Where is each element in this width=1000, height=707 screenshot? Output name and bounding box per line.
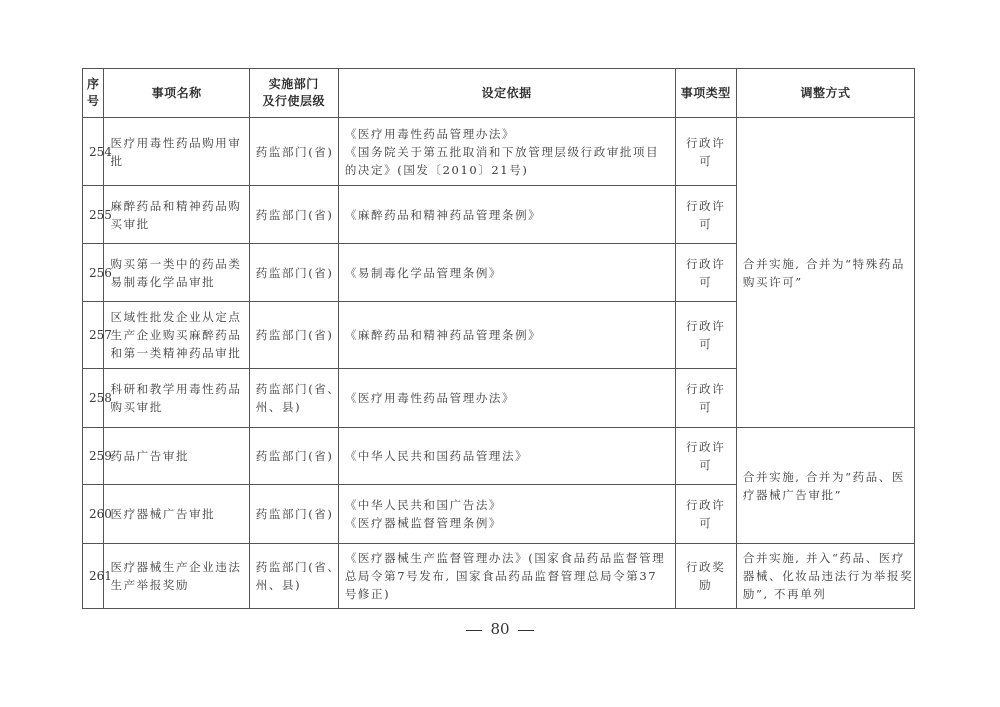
- table-row: 261 医疗器械生产企业违法 生产举报奖励 药监部门(省、 州、县) 《医疗器械…: [83, 544, 915, 609]
- basis-line: 《中华人民共和国广告法》: [345, 496, 669, 514]
- basis-line: 《医疗器械生产监督管理办法》(国家食品药品监督管理: [345, 549, 669, 567]
- item-name-line: 和第一类精神药品审批: [110, 344, 242, 362]
- department-line: 州、县): [256, 576, 332, 594]
- legal-basis: 《医疗器械生产监督管理办法》(国家食品药品监督管理 总局令第7号发布, 国家食品…: [338, 544, 675, 609]
- legal-basis: 《麻醉药品和精神药品管理条例》: [338, 302, 675, 369]
- legal-basis: 《中华人民共和国广告法》 《医疗器械监督管理条例》: [338, 485, 675, 544]
- document-page: 序 号 事项名称 实施部门 及行使层级 设定依据 事项类型 调整方式 254 医…: [0, 0, 1000, 707]
- adjustment-method: 合并实施, 并入“药品、医疗 器械、化妆品违法行为举报奖 励”, 不再单列: [736, 544, 914, 609]
- legal-basis: 《麻醉药品和精神药品管理条例》: [338, 186, 675, 244]
- department: 药监部门(省): [249, 485, 338, 544]
- adjustment-line: 器械、化妆品违法行为举报奖: [743, 567, 908, 585]
- department-line: 药监部门(省): [256, 326, 332, 344]
- item-name-line: 购买第一类中的药品类: [110, 255, 242, 273]
- item-name-line: 区域性批发企业从定点: [110, 308, 242, 326]
- table-row: 254 医疗用毒性药品购用审 批 药监部门(省) 《医疗用毒性药品管理办法》 《…: [83, 118, 915, 186]
- legal-basis: 《医疗用毒性药品管理办法》 《国务院关于第五批取消和下放管理层级行政审批项目 的…: [338, 118, 675, 186]
- row-number: 259: [83, 428, 104, 485]
- department: 药监部门(省): [249, 244, 338, 302]
- item-type: 行政许可: [675, 186, 736, 244]
- adjustment-line: 购买许可”: [743, 273, 908, 291]
- item-name-line: 批: [110, 152, 242, 170]
- basis-line: 《国务院关于第五批取消和下放管理层级行政审批项目: [345, 143, 669, 161]
- item-type: 行政许可: [675, 485, 736, 544]
- department-line: 药监部门(省): [256, 264, 332, 282]
- header-basis: 设定依据: [338, 69, 675, 118]
- adjustment-method: 合并实施, 合并为“特殊药品 购买许可”: [736, 118, 914, 428]
- basis-line: 《医疗器械监督管理条例》: [345, 514, 669, 532]
- item-type: 行政许可: [675, 118, 736, 186]
- item-type: 行政奖励: [675, 544, 736, 609]
- department-line: 药监部门(省、: [256, 558, 332, 576]
- basis-line: 号修正): [345, 585, 669, 603]
- row-number: 255: [83, 186, 104, 244]
- basis-line: 《中华人民共和国药品管理法》: [345, 447, 669, 465]
- row-number: 258: [83, 369, 104, 428]
- item-name-line: 麻醉药品和精神药品购: [110, 197, 242, 215]
- department: 药监部门(省、 州、县): [249, 544, 338, 609]
- legal-basis: 《医疗用毒性药品管理办法》: [338, 369, 675, 428]
- item-type: 行政许可: [675, 244, 736, 302]
- basis-line: 的决定》(国发〔2010〕21号): [345, 161, 669, 179]
- department: 药监部门(省): [249, 118, 338, 186]
- row-number: 256: [83, 244, 104, 302]
- item-name-line: 医疗器械生产企业违法: [110, 558, 242, 576]
- item-name-line: 医疗器械广告审批: [110, 505, 242, 523]
- department: 药监部门(省、 州、县): [249, 369, 338, 428]
- item-name-line: 医疗用毒性药品购用审: [110, 134, 242, 152]
- page-number: 80: [0, 620, 1000, 638]
- adjustment-line: 疗器械广告审批”: [743, 486, 908, 504]
- header-no-line-1: 序: [83, 76, 103, 93]
- department-line: 药监部门(省): [256, 505, 332, 523]
- adjustment-line: 合并实施, 合并为“药品、医: [743, 468, 908, 486]
- item-name-line: 生产举报奖励: [110, 576, 242, 594]
- item-name: 医疗器械广告审批: [104, 485, 249, 544]
- item-name: 购买第一类中的药品类 易制毒化学品审批: [104, 244, 249, 302]
- dash-right: [518, 630, 534, 631]
- item-name-line: 易制毒化学品审批: [110, 273, 242, 291]
- header-type: 事项类型: [675, 69, 736, 118]
- basis-line: 《麻醉药品和精神药品管理条例》: [345, 206, 669, 224]
- table-row: 259 药品广告审批 药监部门(省) 《中华人民共和国药品管理法》 行政许可 合…: [83, 428, 915, 485]
- header-department: 实施部门 及行使层级: [249, 69, 338, 118]
- item-name: 科研和教学用毒性药品 购买审批: [104, 369, 249, 428]
- department: 药监部门(省): [249, 186, 338, 244]
- item-name: 医疗器械生产企业违法 生产举报奖励: [104, 544, 249, 609]
- header-no-line-2: 号: [83, 93, 103, 110]
- header-adjustment: 调整方式: [736, 69, 914, 118]
- department-line: 药监部门(省、: [256, 380, 332, 398]
- item-name: 医疗用毒性药品购用审 批: [104, 118, 249, 186]
- row-number: 261: [83, 544, 104, 609]
- adjustment-line: 励”, 不再单列: [743, 585, 908, 603]
- item-type: 行政许可: [675, 369, 736, 428]
- header-dept-line-2: 及行使层级: [250, 93, 338, 110]
- adjustment-line: 合并实施, 合并为“特殊药品: [743, 255, 908, 273]
- table-header-row: 序 号 事项名称 实施部门 及行使层级 设定依据 事项类型 调整方式: [83, 69, 915, 118]
- item-name-line: 生产企业购买麻醉药品: [110, 326, 242, 344]
- basis-line: 《易制毒化学品管理条例》: [345, 264, 669, 282]
- page-number-value: 80: [490, 620, 509, 638]
- legal-basis: 《易制毒化学品管理条例》: [338, 244, 675, 302]
- header-dept-line-1: 实施部门: [250, 76, 338, 93]
- item-name-line: 购买审批: [110, 398, 242, 416]
- adjustment-method: 合并实施, 合并为“药品、医 疗器械广告审批”: [736, 428, 914, 544]
- row-number: 260: [83, 485, 104, 544]
- item-name-line: 买审批: [110, 215, 242, 233]
- legal-basis: 《中华人民共和国药品管理法》: [338, 428, 675, 485]
- dash-left: [466, 630, 482, 631]
- row-number: 257: [83, 302, 104, 369]
- item-name: 区域性批发企业从定点 生产企业购买麻醉药品 和第一类精神药品审批: [104, 302, 249, 369]
- item-type: 行政许可: [675, 428, 736, 485]
- basis-line: 《医疗用毒性药品管理办法》: [345, 389, 669, 407]
- item-name-line: 药品广告审批: [110, 447, 242, 465]
- item-type: 行政许可: [675, 302, 736, 369]
- item-name: 麻醉药品和精神药品购 买审批: [104, 186, 249, 244]
- department-line: 州、县): [256, 398, 332, 416]
- administrative-items-table: 序 号 事项名称 实施部门 及行使层级 设定依据 事项类型 调整方式 254 医…: [82, 68, 915, 609]
- department: 药监部门(省): [249, 428, 338, 485]
- department: 药监部门(省): [249, 302, 338, 369]
- department-line: 药监部门(省): [256, 447, 332, 465]
- department-line: 药监部门(省): [256, 143, 332, 161]
- header-no: 序 号: [83, 69, 104, 118]
- basis-line: 《医疗用毒性药品管理办法》: [345, 125, 669, 143]
- basis-line: 《麻醉药品和精神药品管理条例》: [345, 326, 669, 344]
- header-item-name: 事项名称: [104, 69, 249, 118]
- row-number: 254: [83, 118, 104, 186]
- adjustment-line: 合并实施, 并入“药品、医疗: [743, 549, 908, 567]
- department-line: 药监部门(省): [256, 206, 332, 224]
- item-name: 药品广告审批: [104, 428, 249, 485]
- item-name-line: 科研和教学用毒性药品: [110, 380, 242, 398]
- basis-line: 总局令第7号发布, 国家食品药品监督管理总局令第37: [345, 567, 669, 585]
